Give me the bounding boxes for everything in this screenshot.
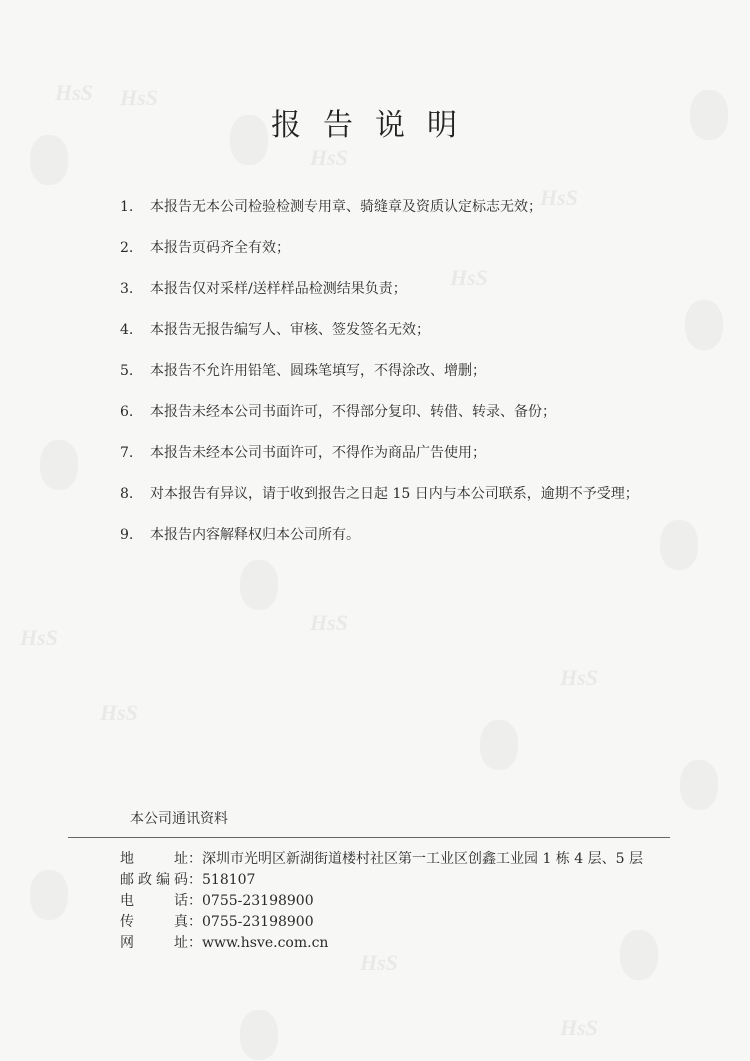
list-item: 5.本报告不允许用铅笔、圆珠笔填写，不得涂改、增删； (120, 360, 486, 380)
page-title: 报告说明 (0, 100, 750, 144)
divider (68, 837, 670, 838)
list-item: 2.本报告页码齐全有效； (120, 237, 290, 257)
list-item: 9.本报告内容解释权归本公司所有。 (120, 524, 360, 544)
watermark-logo: HsS (100, 700, 138, 726)
list-item: 6.本报告未经本公司书面许可，不得部分复印、转借、转录、备份； (120, 401, 556, 421)
list-item: 7.本报告未经本公司书面许可，不得作为商品广告使用； (120, 442, 486, 462)
contact-address: 地址：深圳市光明区新湖街道楼村社区第一工业区创鑫工业园 1 栋 4 层、5 层 (120, 848, 643, 868)
contact-postcode: 邮政编码：518107 (120, 869, 255, 889)
watermark-logo: HsS (560, 665, 598, 691)
watermark-logo: HsS (540, 185, 578, 211)
watermark-logo: HsS (310, 610, 348, 636)
contact-heading: 本公司通讯资料 (130, 808, 228, 828)
contact-phone: 电话：0755-23198900 (120, 890, 314, 910)
watermark-logo: HsS (560, 1015, 598, 1041)
contact-website: 网址：www.hsve.com.cn (120, 932, 328, 952)
contact-fax: 传真：0755-23198900 (120, 911, 314, 931)
watermark-logo: HsS (20, 625, 58, 651)
list-item: 8.对本报告有异议，请于收到报告之日起 15 日内与本公司联系，逾期不予受理； (120, 483, 639, 503)
watermark-logo: HsS (360, 950, 398, 976)
watermark-logo: HsS (450, 265, 488, 291)
watermark-logo: HsS (310, 145, 348, 171)
list-item: 3.本报告仅对采样/送样样品检测结果负责； (120, 278, 407, 298)
list-item: 1.本报告无本公司检验检测专用章、骑缝章及资质认定标志无效； (120, 196, 542, 216)
list-item: 4.本报告无报告编写人、审核、签发签名无效； (120, 319, 430, 339)
